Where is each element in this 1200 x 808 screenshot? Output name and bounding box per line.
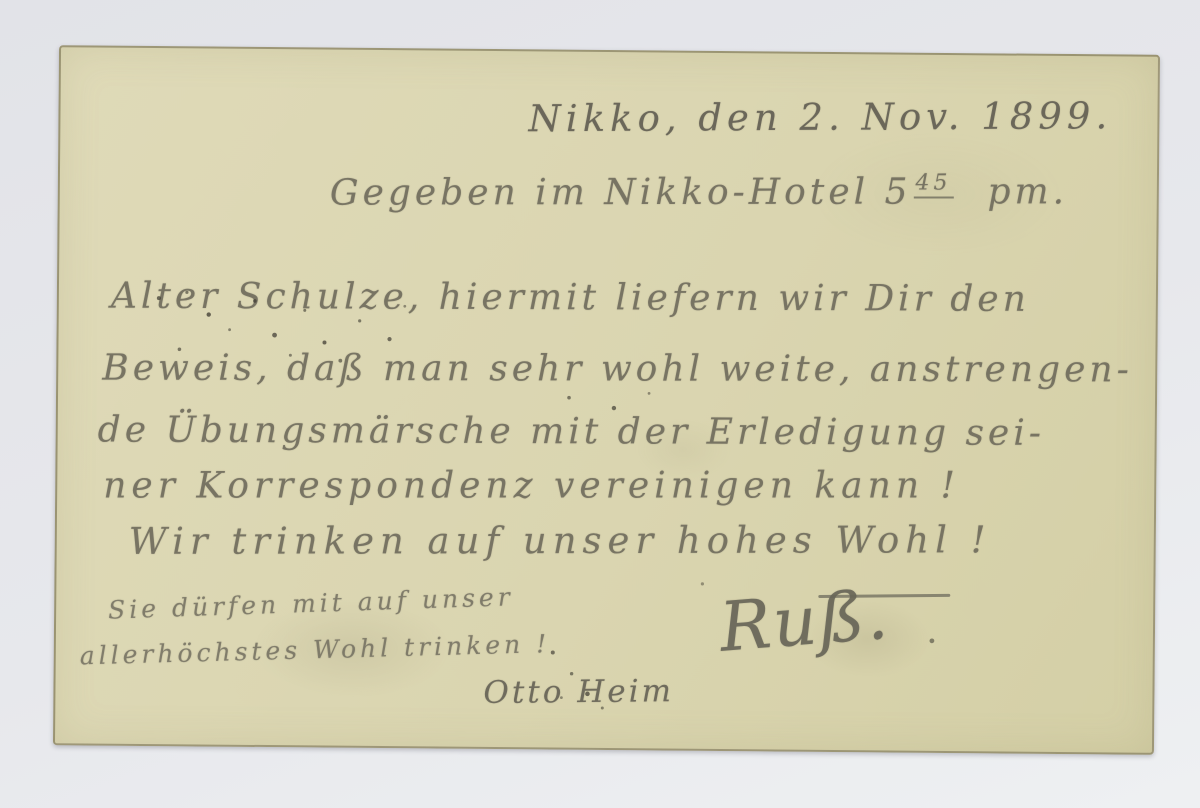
given-line-pm: pm. — [987, 171, 1068, 212]
body-line-3: de Übungsmärsche mit der Erledigung sei- — [98, 410, 1045, 454]
signature-center: Otto Heim — [483, 673, 674, 711]
body-line-1: Alter Schulze, hiermit liefern wir Dir d… — [111, 276, 1030, 320]
signature-right: Ruß. — [717, 576, 893, 668]
body-line-4: ner Korrespondenz vereinigen kann ! — [103, 466, 960, 507]
given-line-handwriting: Gegeben im Nikko-Hotel 545pm. — [330, 170, 1068, 213]
postscript-line-2: allerhöchstes Wohl trinken ! — [79, 629, 550, 670]
dateline-handwriting: Nikko, den 2. Nov. 1899. — [528, 94, 1112, 140]
body-line-2: Beweis, daß man sehr wohl weite, anstren… — [102, 348, 1133, 391]
photo-background: Nikko, den 2. Nov. 1899. Gegeben im Nikk… — [0, 0, 1200, 808]
given-line-superscript: 45 — [913, 170, 953, 198]
body-line-5: Wir trinken auf unser hohes Wohl ! — [129, 518, 992, 563]
postscript-line-1: Sie dürfen mit auf unser — [108, 582, 514, 624]
given-line-pre: Gegeben im Nikko-Hotel 5 — [330, 172, 912, 214]
postcard: Nikko, den 2. Nov. 1899. Gegeben im Nikk… — [53, 45, 1160, 755]
